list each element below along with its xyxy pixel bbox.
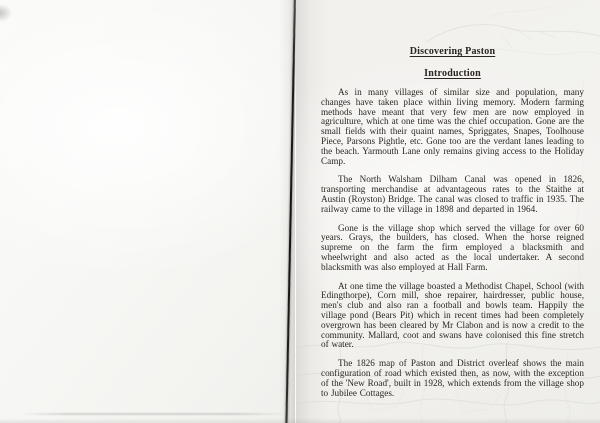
paragraph: The 1826 map of Paston and District over… (321, 359, 584, 398)
left-page (0, 0, 295, 423)
paragraph: At one time the village boasted a Method… (321, 282, 584, 351)
page-title: Discovering Paston (321, 46, 584, 57)
left-page-bottom-edge (20, 413, 288, 415)
paragraph: As in many villages of similar size and … (321, 88, 584, 166)
paragraph: The North Walsham Dilham Canal was opene… (321, 175, 584, 214)
page-text-block: Discovering Paston Introduction As in ma… (321, 46, 584, 407)
scan-corner-smudge (0, 4, 12, 22)
paragraph: Gone is the village shop which served th… (321, 224, 584, 273)
book-scan: Discovering Paston Introduction As in ma… (0, 0, 600, 423)
section-heading: Introduction (321, 68, 584, 79)
